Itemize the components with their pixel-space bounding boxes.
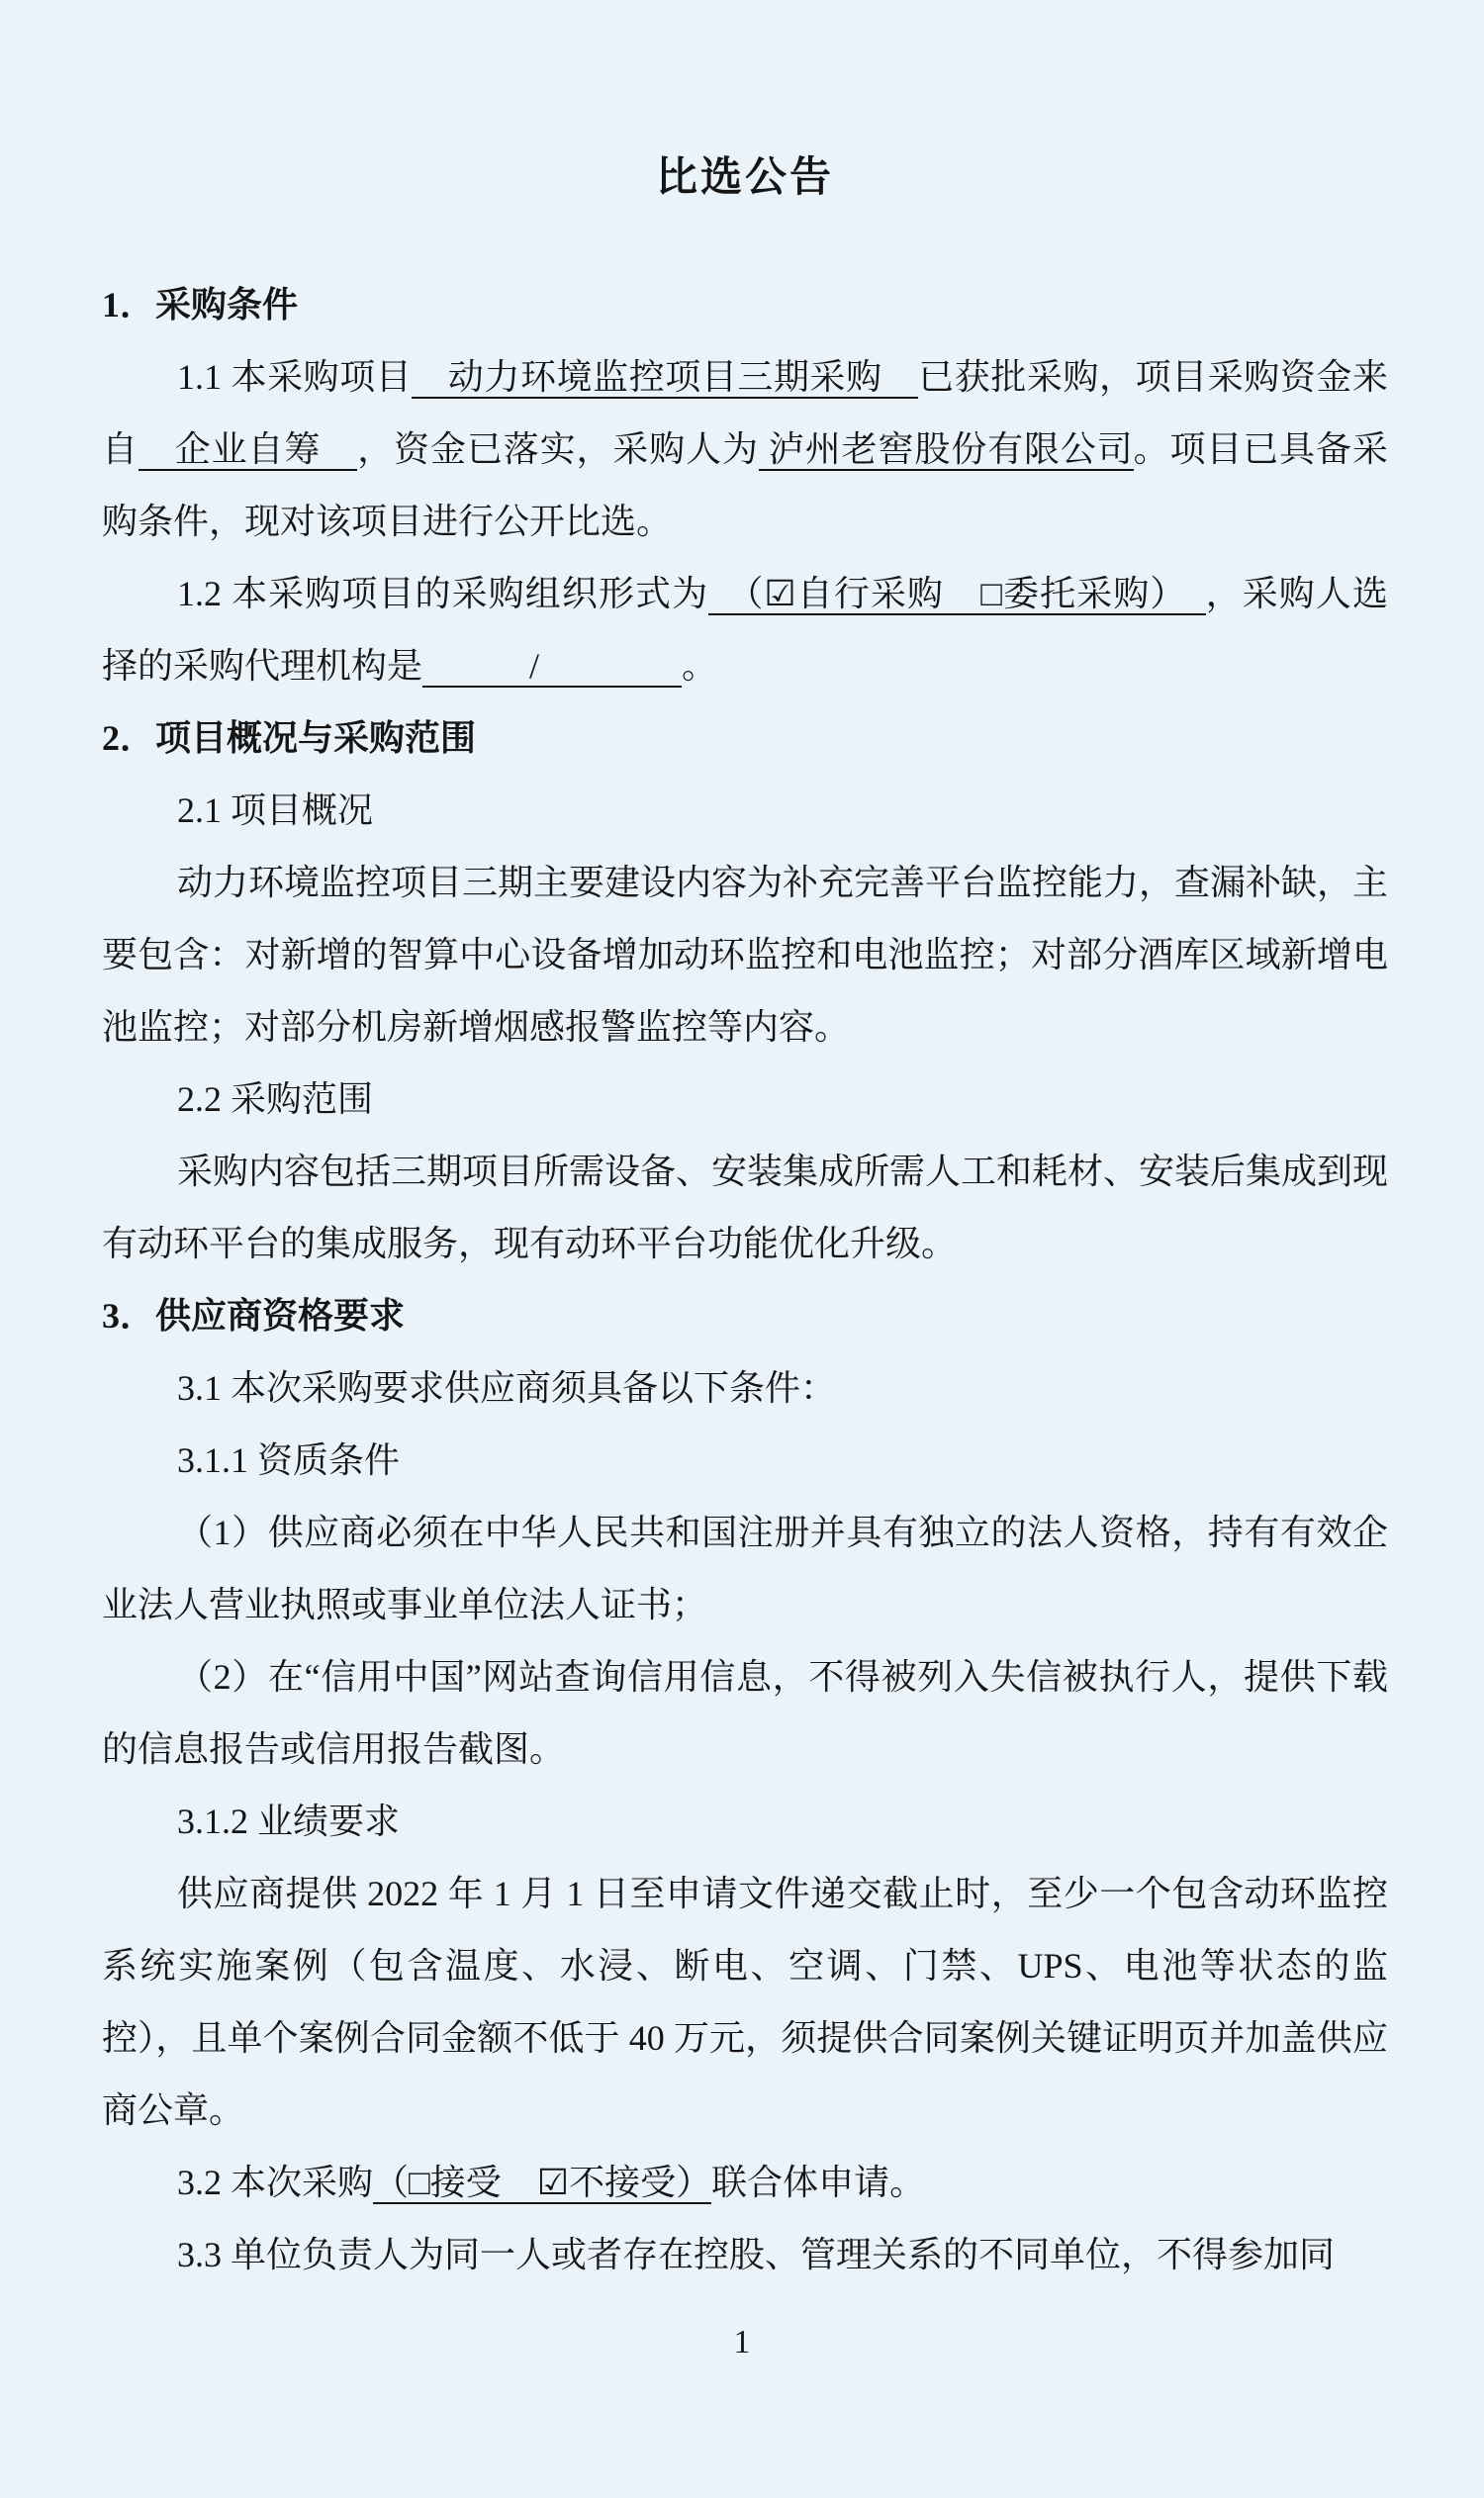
text-run: 2.2 采购范围 (177, 1079, 373, 1119)
text-run: 联合体申请。 (711, 2163, 925, 2202)
paragraph: 3.1.2 业绩要求 (102, 1786, 1388, 1858)
underlined-fill-in: （ (373, 2163, 409, 2204)
text-run: 1.2 本采购项目的采购组织形式为 (177, 574, 708, 613)
underlined-fill-in: 泸州老窖股份有限公司 (759, 429, 1134, 471)
paragraph: 1.2 本采购项目的采购组织形式为 （☑自行采购 □委托采购） ，采购人选择的采… (102, 558, 1388, 702)
document-blocks: 1．采购条件1.1 本采购项目 动力环境监控项目三期采购 已获批采购，项目采购资… (102, 269, 1388, 2291)
text-run: 2．项目概况与采购范围 (102, 718, 476, 758)
text-run: 供应商提供 2022 年 1 月 1 日至申请文件递交截止时，至少一个包含动环监… (102, 1874, 1388, 2130)
paragraph: 供应商提供 2022 年 1 月 1 日至申请文件递交截止时，至少一个包含动环监… (102, 1858, 1388, 2147)
paragraph: （1）供应商必须在中华人民共和国注册并具有独立的法人资格，持有有效企业法人营业执… (102, 1497, 1388, 1641)
text-run: 。 (682, 646, 717, 686)
text-run: （2）在“信用中国”网站查询信用信息，不得被列入失信被执行人，提供下载的信息报告… (102, 1657, 1388, 1769)
section-heading: 1．采购条件 (102, 269, 1388, 341)
text-run: 1．采购条件 (102, 285, 298, 324)
text-run: 3．供应商资格要求 (102, 1296, 405, 1336)
text-run: ，资金已落实，采购人为 (357, 429, 759, 469)
checkbox-unchecked-icon: □ (980, 574, 1003, 615)
paragraph: 2.1 项目概况 (102, 775, 1388, 847)
section-heading: 2．项目概况与采购范围 (102, 702, 1388, 775)
checkbox-unchecked-icon: □ (409, 2163, 430, 2204)
text-run: 3.1 本次采购要求供应商须具备以下条件： (177, 1368, 836, 1408)
text-run: 3.3 单位负责人为同一人或者存在控股、管理关系的不同单位，不得参加同 (177, 2235, 1335, 2274)
underlined-fill-in: 动力环境监控项目三期采购 (412, 357, 918, 399)
underlined-fill-in: 企业自筹 (139, 429, 357, 471)
text-run: 动力环境监控项目三期主要建设内容为补充完善平台监控能力，查漏补缺，主要包含：对新… (102, 863, 1388, 1047)
text-run: 采购内容包括三期项目所需设备、安装集成所需人工和耗材、安装后集成到现有动环平台的… (102, 1152, 1388, 1263)
underlined-fill-in: 委托采购） (1003, 574, 1206, 615)
paragraph: 3.3 单位负责人为同一人或者存在控股、管理关系的不同单位，不得参加同 (102, 2219, 1388, 2291)
text-run: 3.1.1 资质条件 (177, 1440, 400, 1480)
text-run: 3.1.2 业绩要求 (177, 1802, 400, 1841)
text-run: 1.1 本采购项目 (177, 357, 412, 397)
page-number: 1 (0, 2323, 1484, 2362)
text-run: 3.2 本次采购 (177, 2163, 373, 2202)
text-run: （1）供应商必须在中华人民共和国注册并具有独立的法人资格，持有有效企业法人营业执… (102, 1513, 1388, 1624)
paragraph: 1.1 本采购项目 动力环境监控项目三期采购 已获批采购，项目采购资金来自 企业… (102, 341, 1388, 558)
section-heading: 3．供应商资格要求 (102, 1280, 1388, 1352)
checkbox-checked-icon: ☑ (537, 2163, 569, 2204)
paragraph: 3.1 本次采购要求供应商须具备以下条件： (102, 1352, 1388, 1425)
paragraph: 3.1.1 资质条件 (102, 1425, 1388, 1497)
underlined-fill-in: （ (708, 574, 764, 615)
underlined-fill-in: 不接受） (569, 2163, 711, 2204)
underlined-fill-in: / (422, 646, 682, 688)
paragraph: 3.2 本次采购（□接受 ☑不接受）联合体申请。 (102, 2147, 1388, 2219)
paragraph: （2）在“信用中国”网站查询信用信息，不得被列入失信被执行人，提供下载的信息报告… (102, 1641, 1388, 1786)
paragraph: 采购内容包括三期项目所需设备、安装集成所需人工和耗材、安装后集成到现有动环平台的… (102, 1136, 1388, 1280)
text-run: 2.1 项目概况 (177, 790, 373, 830)
underlined-fill-in: 接受 (430, 2163, 537, 2204)
paragraph: 2.2 采购范围 (102, 1064, 1388, 1136)
document-page: 比选公告 1．采购条件1.1 本采购项目 动力环境监控项目三期采购 已获批采购，… (0, 0, 1484, 2498)
document-title: 比选公告 (102, 148, 1388, 208)
underlined-fill-in: 自行采购 (796, 574, 981, 615)
checkbox-checked-icon: ☑ (764, 574, 795, 615)
paragraph: 动力环境监控项目三期主要建设内容为补充完善平台监控能力，查漏补缺，主要包含：对新… (102, 847, 1388, 1064)
